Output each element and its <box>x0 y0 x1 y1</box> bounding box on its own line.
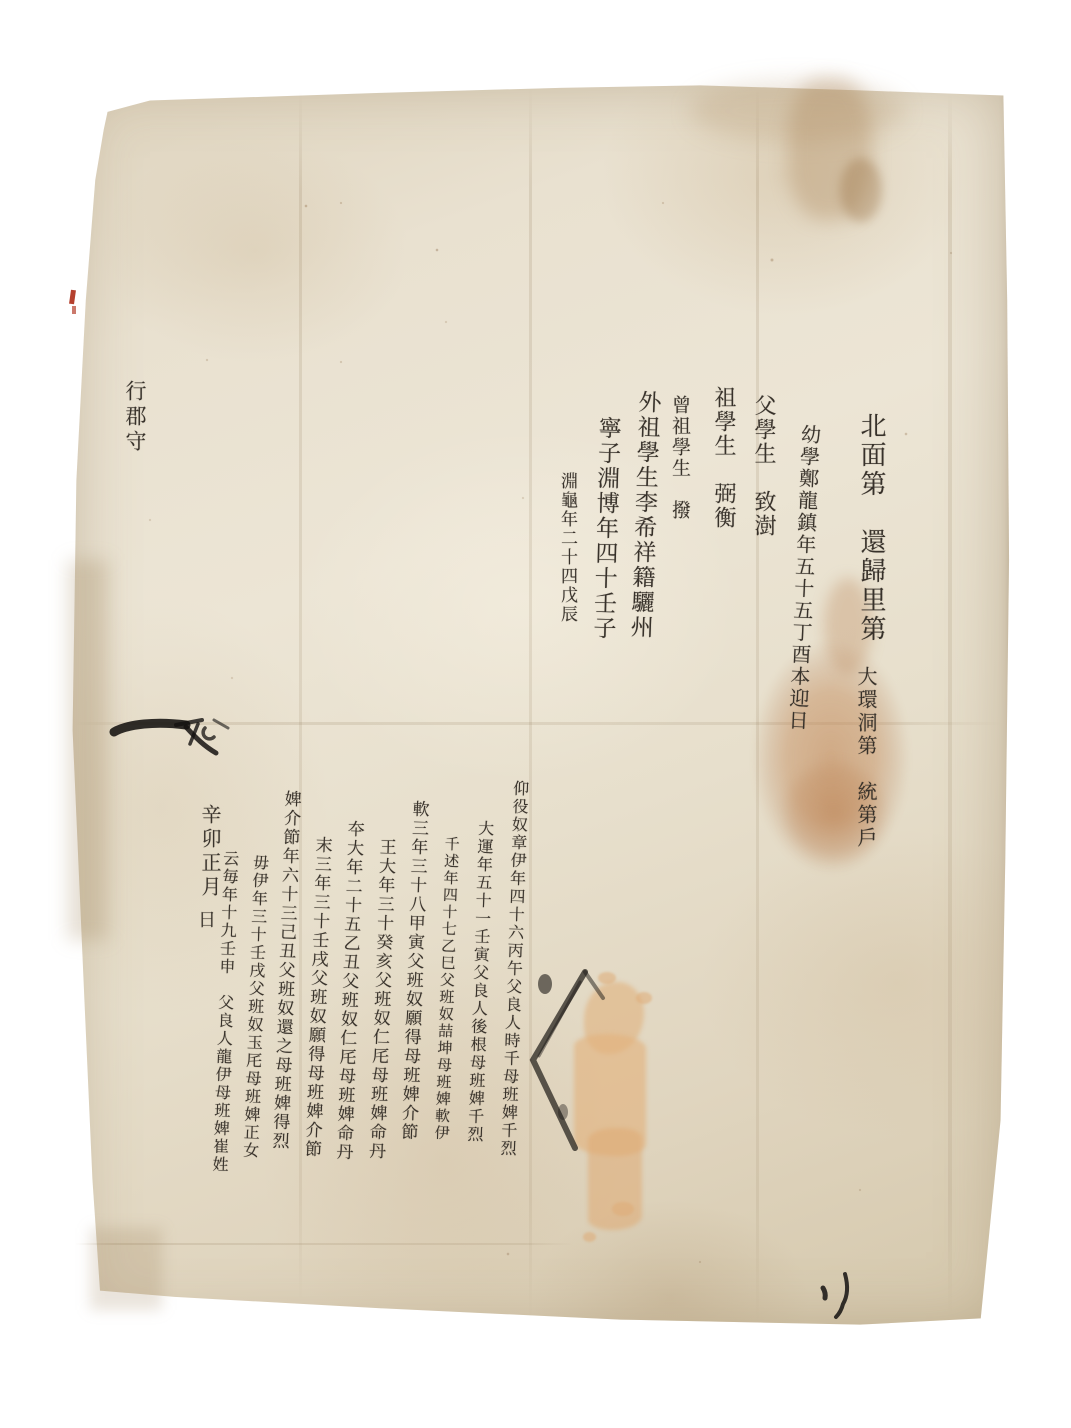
red-edge-mark <box>72 306 76 314</box>
father-column: 父學生 致澍 <box>752 394 774 538</box>
address-column: 北面第 還歸里第 <box>858 412 884 644</box>
grandson-column: 淵龜年二十四戊辰 <box>558 472 575 624</box>
grandfather-column: 祖學生 弼衡 <box>712 386 734 530</box>
date-column: 辛卯正月 <box>200 804 220 900</box>
tan-stain-speck <box>612 1202 634 1216</box>
fold-crease-horizontal-2 <box>74 1243 574 1245</box>
fold-crease-vertical-2 <box>529 88 532 1320</box>
address-subcolumn: 大環洞第 統第戶 <box>856 666 876 850</box>
tan-stain-speck <box>636 992 652 1004</box>
date-day-placeholder: 日 <box>196 910 214 928</box>
fold-crease-vertical-4 <box>948 94 952 1316</box>
great-grandfather-column: 曾祖學生 撥 <box>670 395 689 521</box>
tan-stain-speck <box>598 972 616 984</box>
son-column: 寧子淵博年四十壬子 <box>590 416 619 642</box>
tan-stain-speck <box>583 1232 596 1242</box>
red-edge-mark <box>69 290 76 305</box>
photo-of-old-document: 北面第 還歸里第 大環洞第 統第戶 幼學鄭龍鎮年五十五丁酉本迎日 父學生 致澍 … <box>0 0 1071 1428</box>
official-signature-column: 行郡守 <box>124 380 145 455</box>
fold-crease-vertical-3 <box>756 86 759 1324</box>
